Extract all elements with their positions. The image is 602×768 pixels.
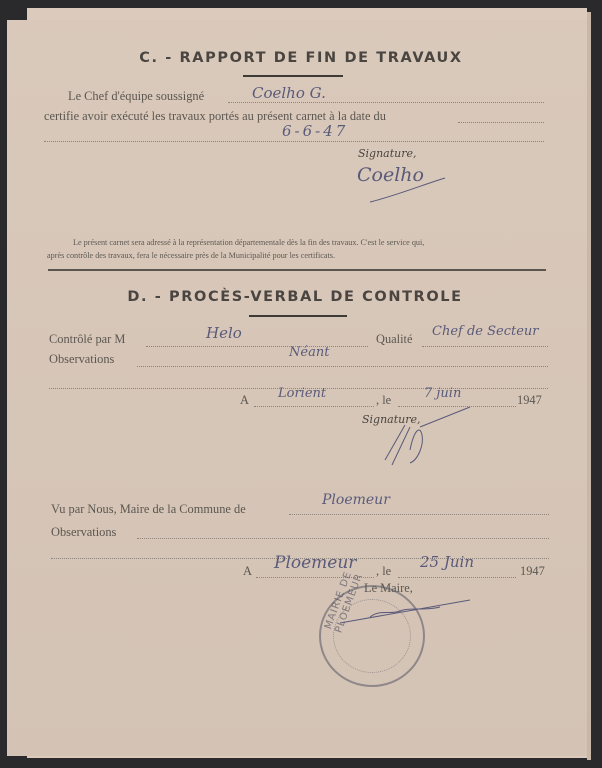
note-line-2: après contrôle des travaux, fera le néce…	[47, 251, 335, 260]
place-prefix: A	[240, 393, 249, 408]
maire-date-field-line	[398, 577, 516, 578]
observations-label: Observations	[49, 352, 114, 367]
chef-label: Le Chef d'équipe soussigné	[68, 89, 204, 104]
chef-value: Coelho G.	[252, 84, 326, 102]
observations-field-line	[137, 366, 548, 367]
date-field-line-2	[44, 141, 544, 142]
controller-signature	[380, 405, 480, 475]
maire-date-prefix: , le	[376, 564, 391, 579]
year-value: 1947	[517, 393, 542, 408]
section-d-title: D. - PROCÈS-VERBAL DE CONTROLE	[0, 289, 596, 305]
maire-label: Vu par Nous, Maire de la Commune de	[51, 502, 246, 517]
controle-field-line	[146, 346, 368, 347]
page-edge	[587, 12, 591, 760]
maire-observations-label: Observations	[51, 525, 116, 540]
date-field-line-1	[458, 122, 544, 123]
maire-year-value: 1947	[520, 564, 545, 579]
controle-value: Helo	[206, 324, 242, 342]
place-value: Lorient	[278, 386, 326, 401]
maire-commune-field-line	[289, 514, 549, 515]
controle-label: Contrôlé par M	[49, 332, 125, 347]
observations-value: Néant	[289, 345, 329, 360]
qualite-label: Qualité	[376, 332, 412, 347]
note-line-1: Le présent carnet sera adressé à la repr…	[73, 238, 424, 247]
place-field-line	[254, 406, 374, 407]
qualite-value: Chef de Secteur	[432, 324, 539, 339]
section-c-title: C. - RAPPORT DE FIN DE TRAVAUX	[0, 50, 602, 66]
c-date-value: 6-6-47	[282, 122, 348, 140]
maire-signature	[330, 595, 480, 635]
maire-commune-value: Ploemeur	[322, 492, 390, 508]
c-signature-label: Signature,	[358, 147, 417, 160]
d-date-value: 7 juin	[424, 386, 461, 401]
maire-date-value: 25 Juin	[420, 553, 474, 571]
title-underline	[243, 75, 343, 77]
maire-place-prefix: A	[243, 564, 252, 579]
signature-flourish	[365, 170, 455, 210]
maire-observations-field-line	[137, 538, 549, 539]
qualite-field-line	[422, 346, 548, 347]
section-divider	[48, 269, 546, 271]
chef-field-line	[228, 102, 544, 103]
title-underline	[249, 315, 347, 317]
